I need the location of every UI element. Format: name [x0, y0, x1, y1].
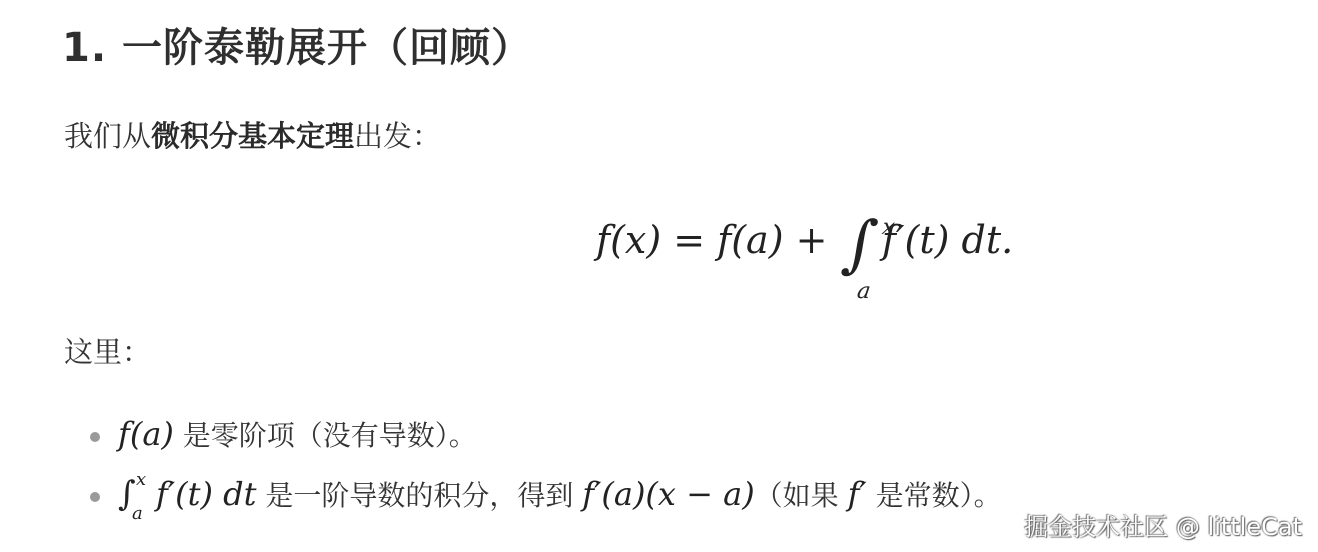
eq-lhs: f(x) — [596, 218, 661, 262]
eq-plus: + — [784, 218, 840, 262]
integral-lower-limit: a — [853, 262, 875, 322]
eq-integrand: f′(t) dt. — [882, 218, 1013, 262]
bullet-dot-icon — [90, 492, 100, 502]
list-item: ∫xaf′(t) dt 是一阶导数的积分，得到 f′(a)(x − a)（如果 … — [88, 472, 1002, 532]
inline-integral-icon: ∫xa — [118, 472, 152, 516]
bullet-list: f(a) 是零阶项（没有导数）。 ∫xaf′(t) dt 是一阶导数的积分，得到… — [88, 412, 1002, 532]
intro-paragraph: 我们从微积分基本定理出发： — [64, 114, 441, 158]
eq-equals: = — [661, 218, 717, 262]
watermark: 掘金技术社区 @ littleCat — [1024, 507, 1302, 542]
section-heading: 1. 一阶泰勒展开（回顾） — [62, 20, 532, 76]
bullet-text-3: 是常数）。 — [867, 479, 1002, 512]
bullet-text-2: （如果 — [755, 479, 848, 512]
display-equation: f(x) = f(a) + ∫xaf′(t) dt. — [596, 210, 1013, 274]
inline-integral-lower: a — [132, 492, 143, 536]
eq-term1: f(a) — [717, 218, 783, 262]
intro-bold-term: 微积分基本定理 — [151, 119, 354, 153]
bullet-math: f′(t) dt — [156, 475, 256, 513]
bullet-math: f(a) — [118, 415, 174, 453]
bullet-math-2: f′(a)(x − a) — [582, 475, 754, 513]
bullet-text: 是一阶导数的积分，得到 — [256, 479, 582, 512]
here-label: 这里： — [64, 330, 151, 374]
list-item: f(a) 是零阶项（没有导数）。 — [88, 412, 1002, 472]
bullet-text: 是零阶项（没有导数）。 — [174, 419, 477, 452]
integral-sign-icon: ∫xa — [839, 214, 880, 274]
bullet-math-3: f′ — [848, 475, 867, 513]
intro-prefix: 我们从 — [64, 119, 151, 153]
intro-suffix: 出发： — [354, 119, 441, 153]
bullet-dot-icon — [90, 432, 100, 442]
